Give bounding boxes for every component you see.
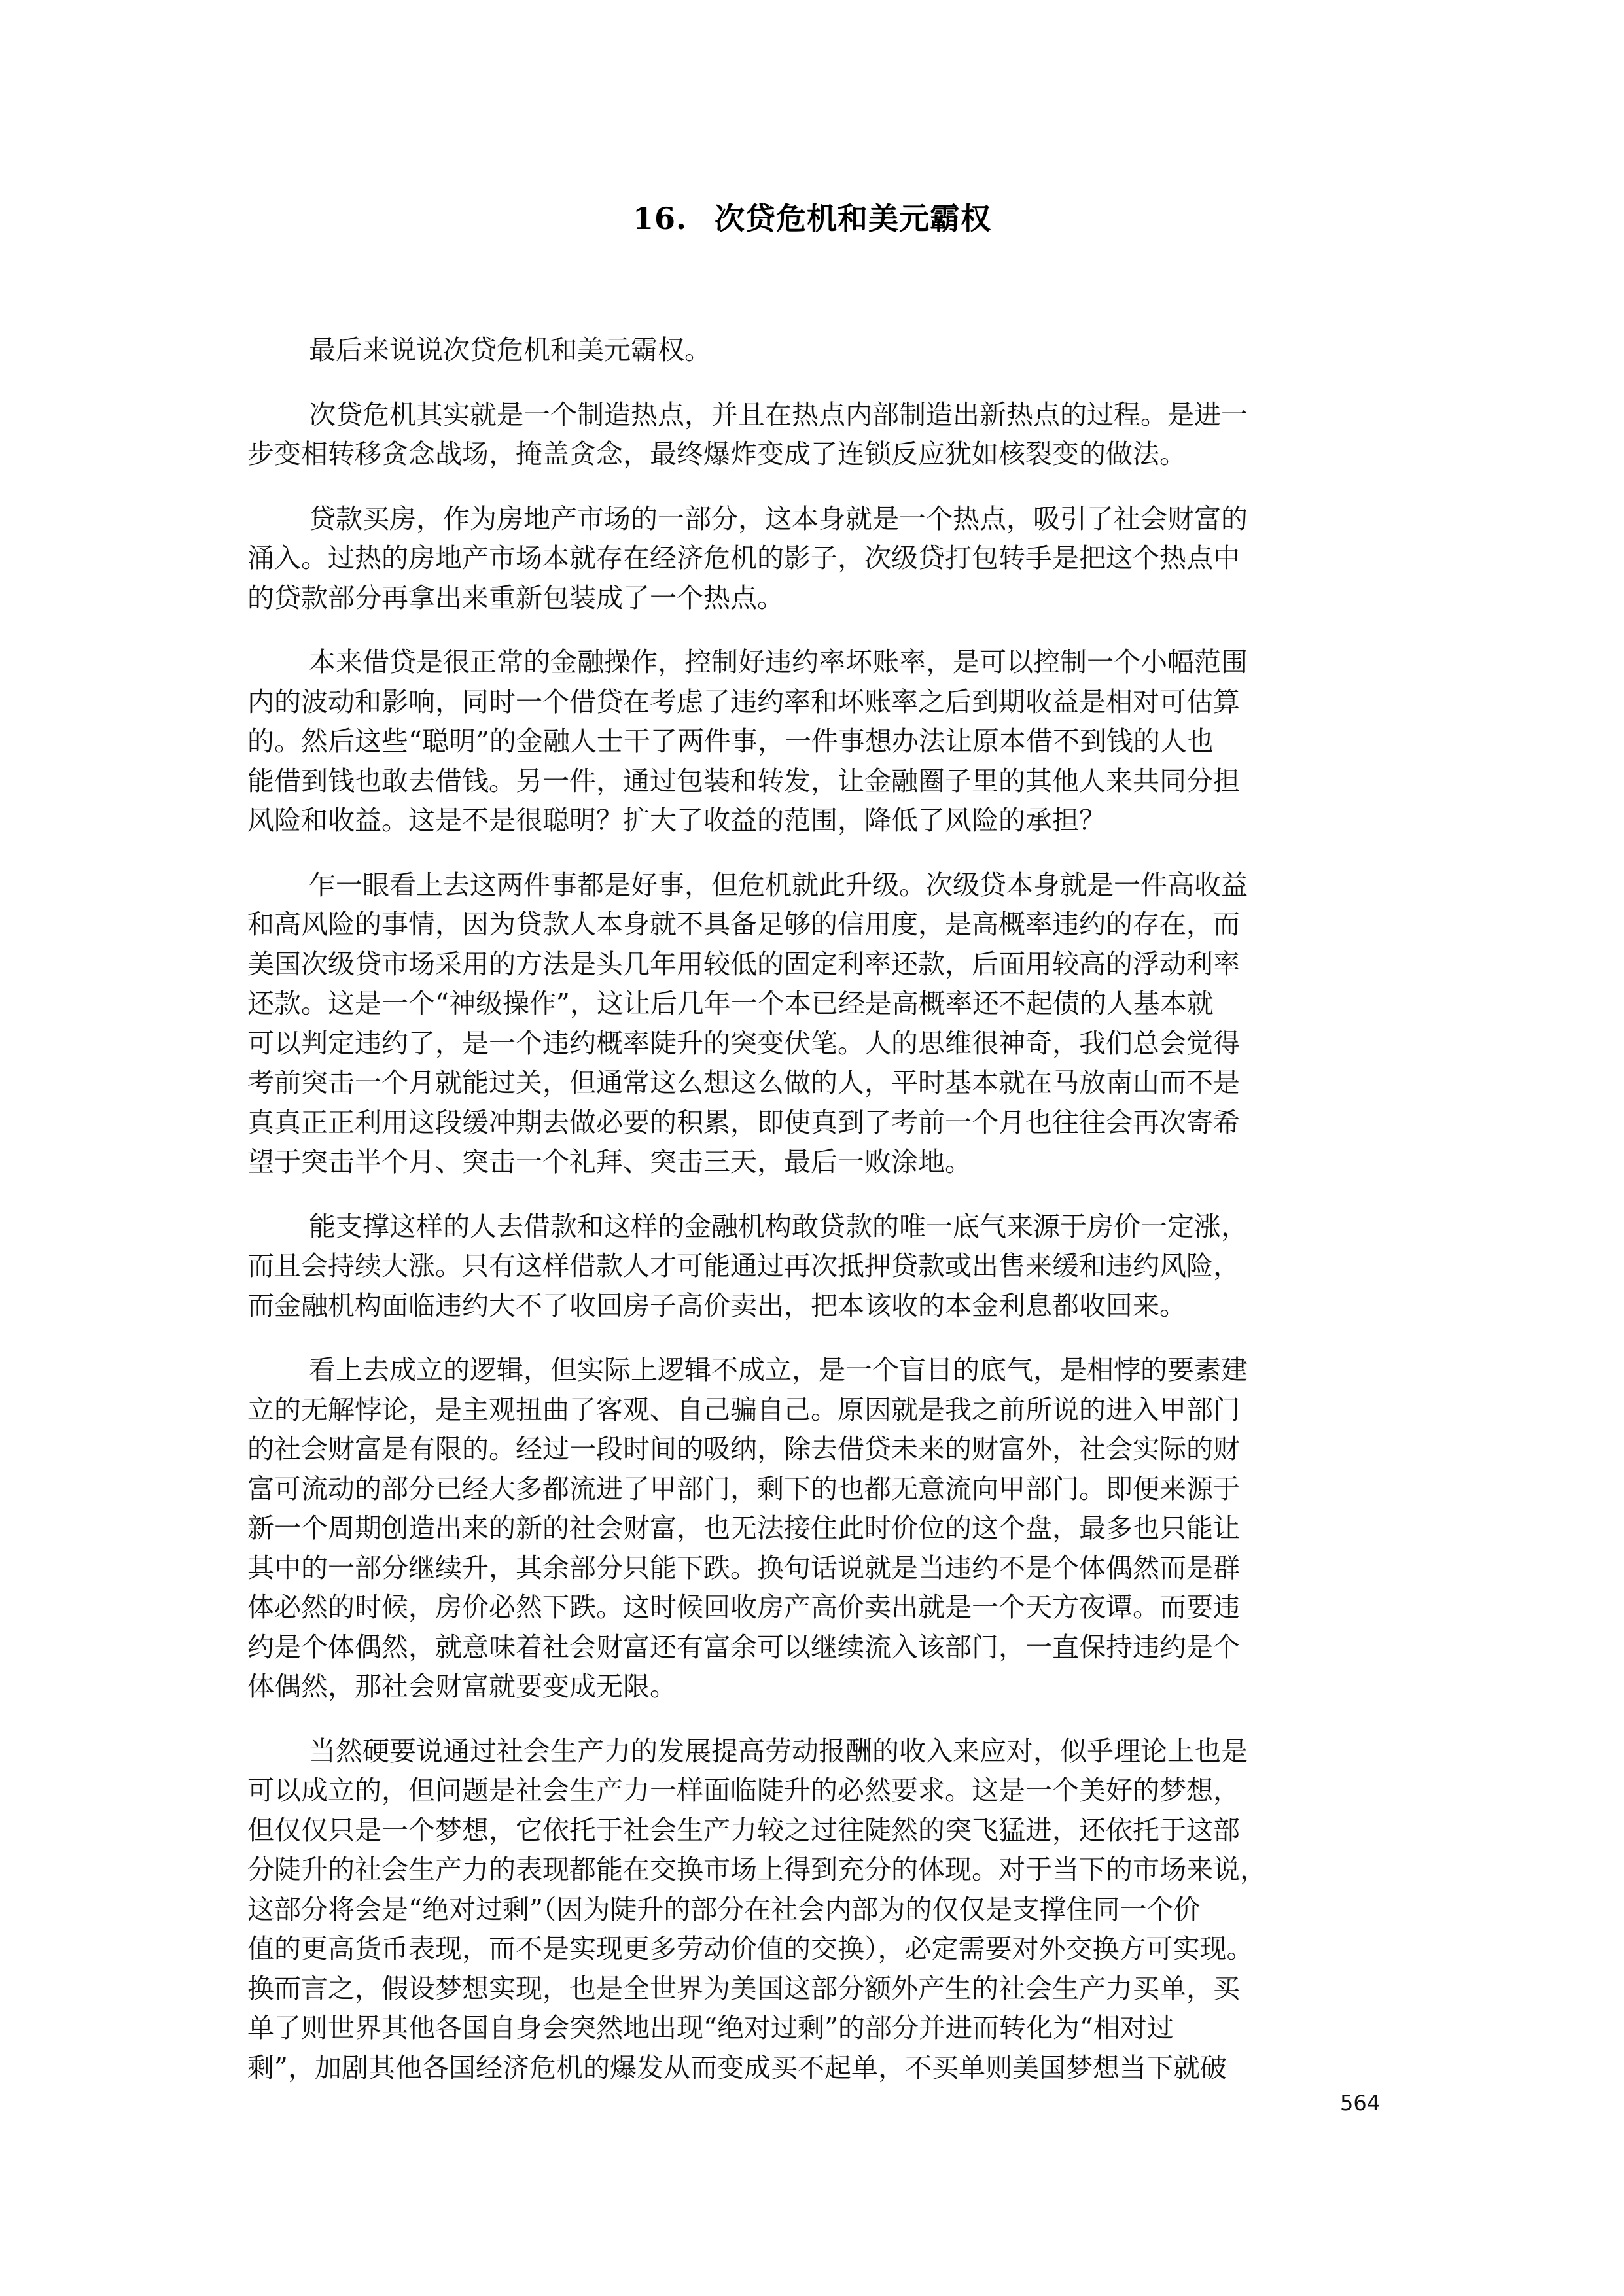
text-line: 内的波动和影响，同时一个借贷在考虑了违约率和坏账率之后到期收益是相对可估算: [247, 682, 1373, 722]
chapter-title-text: 次贷危机和美元霸权: [715, 201, 991, 236]
text-line: 立的无解悖论，是主观扭曲了客观、自己骗自己。原因就是我之前所说的进入甲部门: [247, 1390, 1373, 1430]
text-line: 体必然的时候，房价必然下跌。这时候回收房产高价卖出就是一个天方夜谭。而要违: [247, 1588, 1373, 1627]
text-line: 剩”，加剧其他各国经济危机的爆发从而变成买不起单，不买单则美国梦想当下就破: [247, 2048, 1373, 2088]
text-line: 约是个体偶然，就意味着社会财富还有富余可以继续流入该部门，一直保持违约是个: [247, 1627, 1373, 1667]
text-line: 单了则世界其他各国自身会突然地出现“绝对过剩”的部分并进而转化为“相对过: [247, 2008, 1373, 2048]
paragraph: 贷款买房，作为房地产市场的一部分，这本身就是一个热点，吸引了社会财富的涌入。过热…: [247, 499, 1373, 618]
paragraph: 当然硬要说通过社会生产力的发展提高劳动报酬的收入来应对，似乎理论上也是可以成立的…: [247, 1731, 1373, 2088]
text-line: 值的更高货币表现，而不是实现更多劳动价值的交换），必定需要对外交换方可实现。: [247, 1929, 1373, 1969]
paragraph: 最后来说说次贷危机和美元霸权。: [247, 330, 1373, 370]
text-line: 其中的一部分继续升，其余部分只能下跌。换句话说就是当违约不是个体偶然而是群: [247, 1548, 1373, 1588]
text-line: 换而言之，假设梦想实现，也是全世界为美国这部分额外产生的社会生产力买单，买: [247, 1969, 1373, 2009]
text-line: 还款。这是一个“神级操作”，这让后几年一个本已经是高概率还不起债的人基本就: [247, 984, 1373, 1024]
paragraph: 本来借贷是很正常的金融操作，控制好违约率坏账率，是可以控制一个小幅范围内的波动和…: [247, 642, 1373, 841]
text-line: 本来借贷是很正常的金融操作，控制好违约率坏账率，是可以控制一个小幅范围: [247, 642, 1373, 682]
chapter-title: 16.次贷危机和美元霸权: [0, 195, 1624, 238]
text-line: 看上去成立的逻辑，但实际上逻辑不成立，是一个盲目的底气，是相悖的要素建: [247, 1350, 1373, 1390]
text-line: 而且会持续大涨。只有这样借款人才可能通过再次抵押贷款或出售来缓和违约风险，: [247, 1246, 1373, 1286]
text-line: 风险和收益。这是不是很聪明？扩大了收益的范围，降低了风险的承担？: [247, 801, 1373, 841]
text-line: 真真正正利用这段缓冲期去做必要的积累，即使真到了考前一个月也往往会再次寄希: [247, 1103, 1373, 1143]
text-line: 考前突击一个月就能过关，但通常这么想这么做的人，平时基本就在马放南山而不是: [247, 1063, 1373, 1103]
text-line: 贷款买房，作为房地产市场的一部分，这本身就是一个热点，吸引了社会财富的: [247, 499, 1373, 539]
text-line: 可以判定违约了，是一个违约概率陡升的突变伏笔。人的思维很神奇，我们总会觉得: [247, 1024, 1373, 1064]
text-line: 可以成立的，但问题是社会生产力一样面临陡升的必然要求。这是一个美好的梦想，: [247, 1771, 1373, 1811]
text-line: 望于突击半个月、突击一个礼拜、突击三天，最后一败涂地。: [247, 1142, 1373, 1182]
page-number: 564: [1340, 2091, 1380, 2115]
paragraph: 看上去成立的逻辑，但实际上逻辑不成立，是一个盲目的底气，是相悖的要素建立的无解悖…: [247, 1350, 1373, 1707]
chapter-number: 16.: [633, 201, 687, 236]
text-line: 次贷危机其实就是一个制造热点，并且在热点内部制造出新热点的过程。是进一: [247, 395, 1373, 435]
text-line: 体偶然，那社会财富就要变成无限。: [247, 1667, 1373, 1707]
text-line: 乍一眼看上去这两件事都是好事，但危机就此升级。次级贷本身就是一件高收益: [247, 865, 1373, 905]
text-line: 而金融机构面临违约大不了收回房子高价卖出，把本该收的本金利息都收回来。: [247, 1286, 1373, 1326]
text-line: 这部分将会是“绝对过剩”（因为陡升的部分在社会内部为的仅仅是支撑住同一个价: [247, 1890, 1373, 1930]
text-line: 能支撑这样的人去借款和这样的金融机构敢贷款的唯一底气来源于房价一定涨，: [247, 1207, 1373, 1247]
body-text: 最后来说说次贷危机和美元霸权。次贷危机其实就是一个制造热点，并且在热点内部制造出…: [247, 330, 1373, 2112]
text-line: 但仅仅只是一个梦想，它依托于社会生产力较之过往陡然的突飞猛进，还依托于这部: [247, 1811, 1373, 1851]
text-line: 最后来说说次贷危机和美元霸权。: [247, 330, 1373, 370]
text-line: 涌入。过热的房地产市场本就存在经济危机的影子，次级贷打包转手是把这个热点中: [247, 538, 1373, 578]
text-line: 新一个周期创造出来的新的社会财富，也无法接住此时价位的这个盘，最多也只能让: [247, 1508, 1373, 1548]
text-line: 和高风险的事情，因为贷款人本身就不具备足够的信用度，是高概率违约的存在，而: [247, 905, 1373, 945]
text-line: 步变相转移贪念战场，掩盖贪念，最终爆炸变成了连锁反应犹如核裂变的做法。: [247, 434, 1373, 474]
paragraph: 能支撑这样的人去借款和这样的金融机构敢贷款的唯一底气来源于房价一定涨，而且会持续…: [247, 1207, 1373, 1326]
paragraph: 乍一眼看上去这两件事都是好事，但危机就此升级。次级贷本身就是一件高收益和高风险的…: [247, 865, 1373, 1182]
text-line: 的贷款部分再拿出来重新包装成了一个热点。: [247, 578, 1373, 618]
text-line: 富可流动的部分已经大多都流进了甲部门，剩下的也都无意流向甲部门。即便来源于: [247, 1469, 1373, 1509]
text-line: 能借到钱也敢去借钱。另一件，通过包装和转发，让金融圈子里的其他人来共同分担: [247, 761, 1373, 801]
paragraph: 次贷危机其实就是一个制造热点，并且在热点内部制造出新热点的过程。是进一步变相转移…: [247, 395, 1373, 474]
text-line: 分陡升的社会生产力的表现都能在交换市场上得到充分的体现。对于当下的市场来说，: [247, 1850, 1373, 1890]
text-line: 的社会财富是有限的。经过一段时间的吸纳，除去借贷未来的财富外，社会实际的财: [247, 1429, 1373, 1469]
text-line: 的。然后这些“聪明”的金融人士干了两件事，一件事想办法让原本借不到钱的人也: [247, 722, 1373, 761]
document-page: 16.次贷危机和美元霸权 最后来说说次贷危机和美元霸权。次贷危机其实就是一个制造…: [0, 0, 1624, 2296]
text-line: 美国次级贷市场采用的方法是头几年用较低的固定利率还款，后面用较高的浮动利率: [247, 945, 1373, 984]
text-line: 当然硬要说通过社会生产力的发展提高劳动报酬的收入来应对，似乎理论上也是: [247, 1731, 1373, 1771]
